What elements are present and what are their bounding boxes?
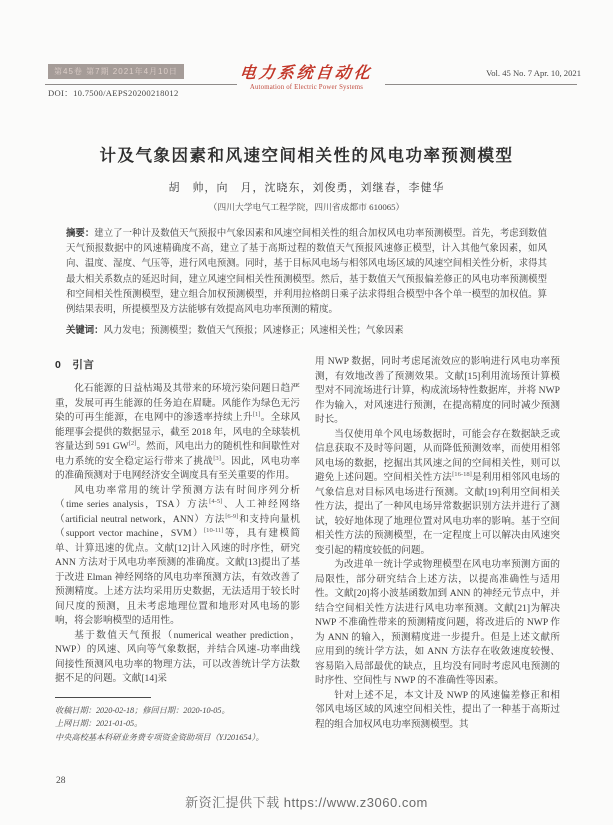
abstract-label: 摘要： bbox=[66, 227, 94, 238]
download-footer-link[interactable]: 新资汇提供下载 https://www.z3060.com bbox=[0, 792, 613, 811]
keywords: 关键词：风力发电；预测模型；数值天气预报；风速修正；风速相关性；气象因素 bbox=[66, 322, 547, 339]
footnote-online-date: 上网日期：2021-01-05。 bbox=[55, 717, 300, 731]
footnote-received-date: 收稿日期：2020-02-18；修回日期：2020-10-05。 bbox=[55, 704, 300, 718]
right-column-text: 用 NWP 数据，同时考虑尾流效应的影响进行风电功率预测，有效地改善了预测效果。… bbox=[315, 355, 560, 732]
keywords-label: 关键词： bbox=[66, 324, 104, 335]
abstract: 摘要：建立了一种计及数值天气预报中气象因素和风速空间相关性的组合加权风电功率预测… bbox=[66, 225, 547, 318]
page-number: 28 bbox=[56, 776, 66, 786]
paragraph: 基于数值天气预报（numerical weather prediction，NW… bbox=[55, 629, 300, 687]
footnote-block: 收稿日期：2020-02-18；修回日期：2020-10-05。 上网日期：20… bbox=[55, 697, 300, 745]
author-list: 胡 帅，向 月，沈晓东，刘俊勇，刘继春，李健华 bbox=[0, 179, 613, 195]
paragraph: 用 NWP 数据，同时考虑尾流效应的影响进行风电功率预测，有效地改善了预测效果。… bbox=[315, 355, 560, 428]
left-column: 0 引言 化石能源的日益枯竭及其带来的环境污染问题日趋严重，发展可再生能源的任务… bbox=[55, 355, 300, 744]
left-column-text: 化石能源的日益枯竭及其带来的环境污染问题日趋严重，发展可再生能源的任务迫在眉睫。… bbox=[55, 382, 300, 687]
abstract-text: 建立了一种计及数值天气预报中气象因素和风速空间相关性的组合加权风电功率预测模型。… bbox=[66, 229, 547, 315]
two-column-layout: 0 引言 化石能源的日益枯竭及其带来的环境污染问题日趋严重，发展可再生能源的任务… bbox=[55, 355, 560, 744]
paragraph: 针对上述不足，本文计及 NWP 的风速偏差修正和相邻风电场区域的风速空间相关性，… bbox=[315, 689, 560, 733]
affiliation: （四川大学电气工程学院，四川省成都市 610065） bbox=[0, 200, 613, 213]
footnote-funding: 中央高校基本科研业务费专项资金资助项目（YJ201654）。 bbox=[55, 731, 300, 745]
paragraph: 化石能源的日益枯竭及其带来的环境污染问题日趋严重，发展可再生能源的任务迫在眉睫。… bbox=[55, 382, 300, 484]
journal-name-en: Automation of Electric Power Systems bbox=[0, 84, 613, 91]
reference-superscript: [16-18] bbox=[452, 471, 472, 478]
paragraph: 风电功率常用的统计学预测方法有时间序列分析（time series analys… bbox=[55, 484, 300, 629]
volume-info: Vol. 45 No. 7 Apr. 10, 2021 bbox=[486, 68, 581, 78]
header-rule-right bbox=[385, 84, 577, 85]
footnote-rule bbox=[55, 697, 151, 698]
paper-body: 计及气象因素和风速空间相关性的风电功率预测模型 胡 帅，向 月，沈晓东，刘俊勇，… bbox=[0, 142, 613, 744]
paragraph: 为改进单一统计学或物理模型在风电功率预测方面的局限性，部分研究结合上述方法，以提… bbox=[315, 558, 560, 689]
reference-superscript: [3] bbox=[213, 455, 221, 462]
keywords-text: 风力发电；预测模型；数值天气预报；风速修正；风速相关性；气象因素 bbox=[104, 326, 404, 336]
reference-superscript: [10-11] bbox=[204, 527, 224, 534]
paragraph: 当仅使用单个风电场数据时，可能会存在数据缺乏或信息获取不及时等问题，从而降低预测… bbox=[315, 428, 560, 559]
right-column: 用 NWP 数据，同时考虑尾流效应的影响进行风电功率预测，有效地改善了预测效果。… bbox=[315, 355, 560, 744]
article-title: 计及气象因素和风速空间相关性的风电功率预测模型 bbox=[40, 142, 573, 166]
section-heading-introduction: 0 引言 bbox=[55, 357, 300, 372]
reference-superscript: [6-9] bbox=[225, 513, 238, 520]
header-rule-left bbox=[45, 84, 237, 85]
reference-superscript: [4-5] bbox=[209, 498, 222, 505]
journal-header: 第45卷 第7期 2021年4月10日 DOI：10.7500/AEPS2020… bbox=[0, 0, 613, 108]
